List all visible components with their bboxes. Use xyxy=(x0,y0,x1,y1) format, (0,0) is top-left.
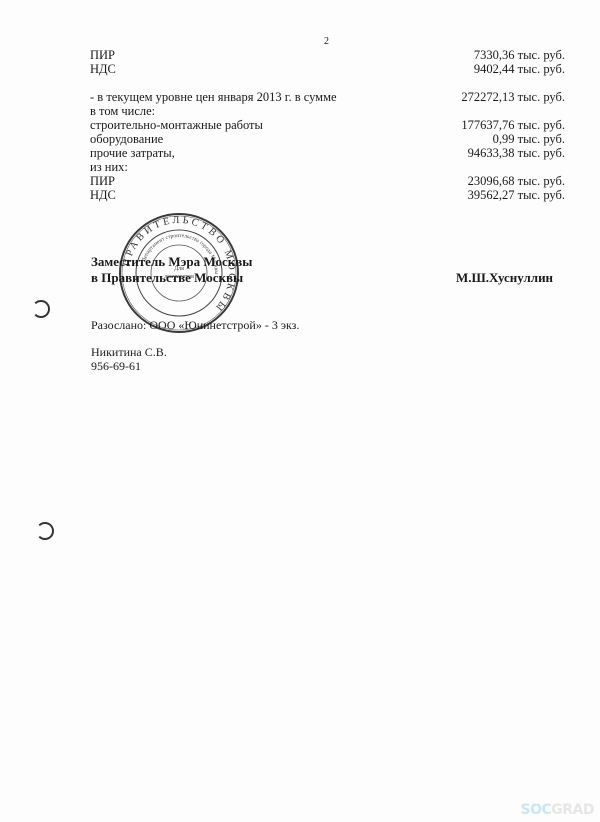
item-value: 0,99 тыс. руб. xyxy=(493,132,565,146)
item-label: оборудование xyxy=(90,132,163,146)
executor-name: Никитина С.В. xyxy=(91,345,167,360)
watermark-part1: SOC xyxy=(521,802,552,818)
cost-label: ПИР xyxy=(90,48,115,62)
punch-hole-mark xyxy=(36,522,54,540)
cost-value: 9402,44 тыс. руб. xyxy=(474,62,565,76)
watermark-logo: SOCGRAD xyxy=(521,802,595,818)
item-value: 39562,27 тыс. руб. xyxy=(468,188,565,202)
signer-title-line2: в Правительстве Москвы xyxy=(91,270,243,286)
cost-label: НДС xyxy=(90,62,116,76)
executor-phone: 956-69-61 xyxy=(91,359,141,374)
item-value: 94633,38 тыс. руб. xyxy=(468,146,565,160)
item-value: 177637,76 тыс. руб. xyxy=(461,118,565,132)
item-label: прочие затраты, xyxy=(90,146,175,160)
item-label: строительно-монтажные работы xyxy=(90,118,263,132)
punch-hole-mark xyxy=(32,300,50,318)
current-prices-value: 272272,13 тыс. руб. xyxy=(461,90,565,104)
of-which-label: из них: xyxy=(90,160,128,174)
cost-value: 7330,36 тыс. руб. xyxy=(474,48,565,62)
signer-title-line1: Заместитель Мэра Москвы xyxy=(91,254,252,270)
distribution-note: Разослано: ООО «Юнинетстрой» - 3 экз. xyxy=(91,318,299,333)
including-label: в том числе: xyxy=(90,104,155,118)
page-number: 2 xyxy=(324,36,329,47)
item-label: НДС xyxy=(90,188,116,202)
watermark-part2: GRAD xyxy=(551,802,594,818)
item-label: ПИР xyxy=(90,174,115,188)
current-prices-label: - в текущем уровне цен января 2013 г. в … xyxy=(90,90,337,104)
signer-name: М.Ш.Хуснуллин xyxy=(456,270,553,286)
item-value: 23096,68 тыс. руб. xyxy=(468,174,565,188)
